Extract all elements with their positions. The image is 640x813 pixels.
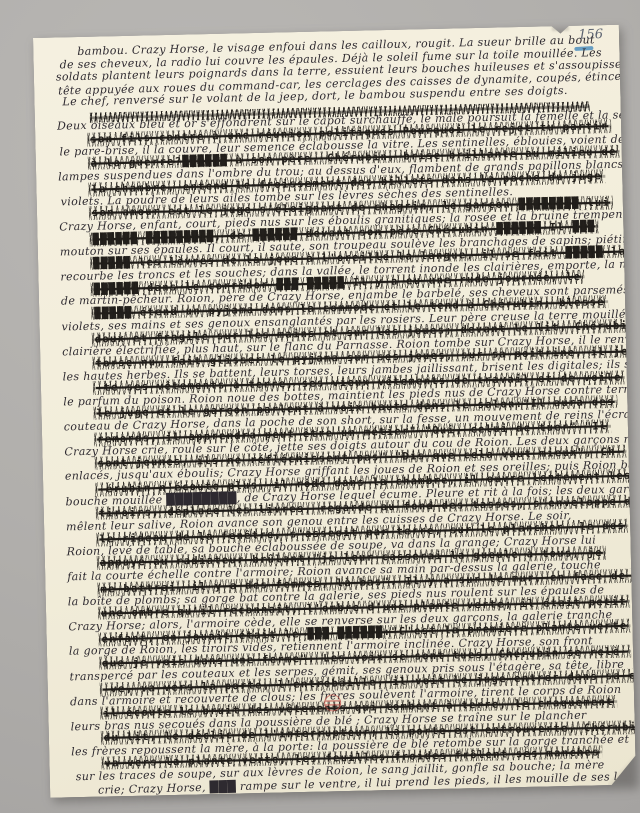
manuscript-page: 156 bambou. Crazy Horse, le visage enfou… — [33, 25, 636, 798]
screenshot-root: { "page": { "folio_number": "156", "colo… — [0, 0, 640, 813]
manuscript-lines: bambou. Crazy Horse, le visage enfoui da… — [55, 33, 626, 795]
